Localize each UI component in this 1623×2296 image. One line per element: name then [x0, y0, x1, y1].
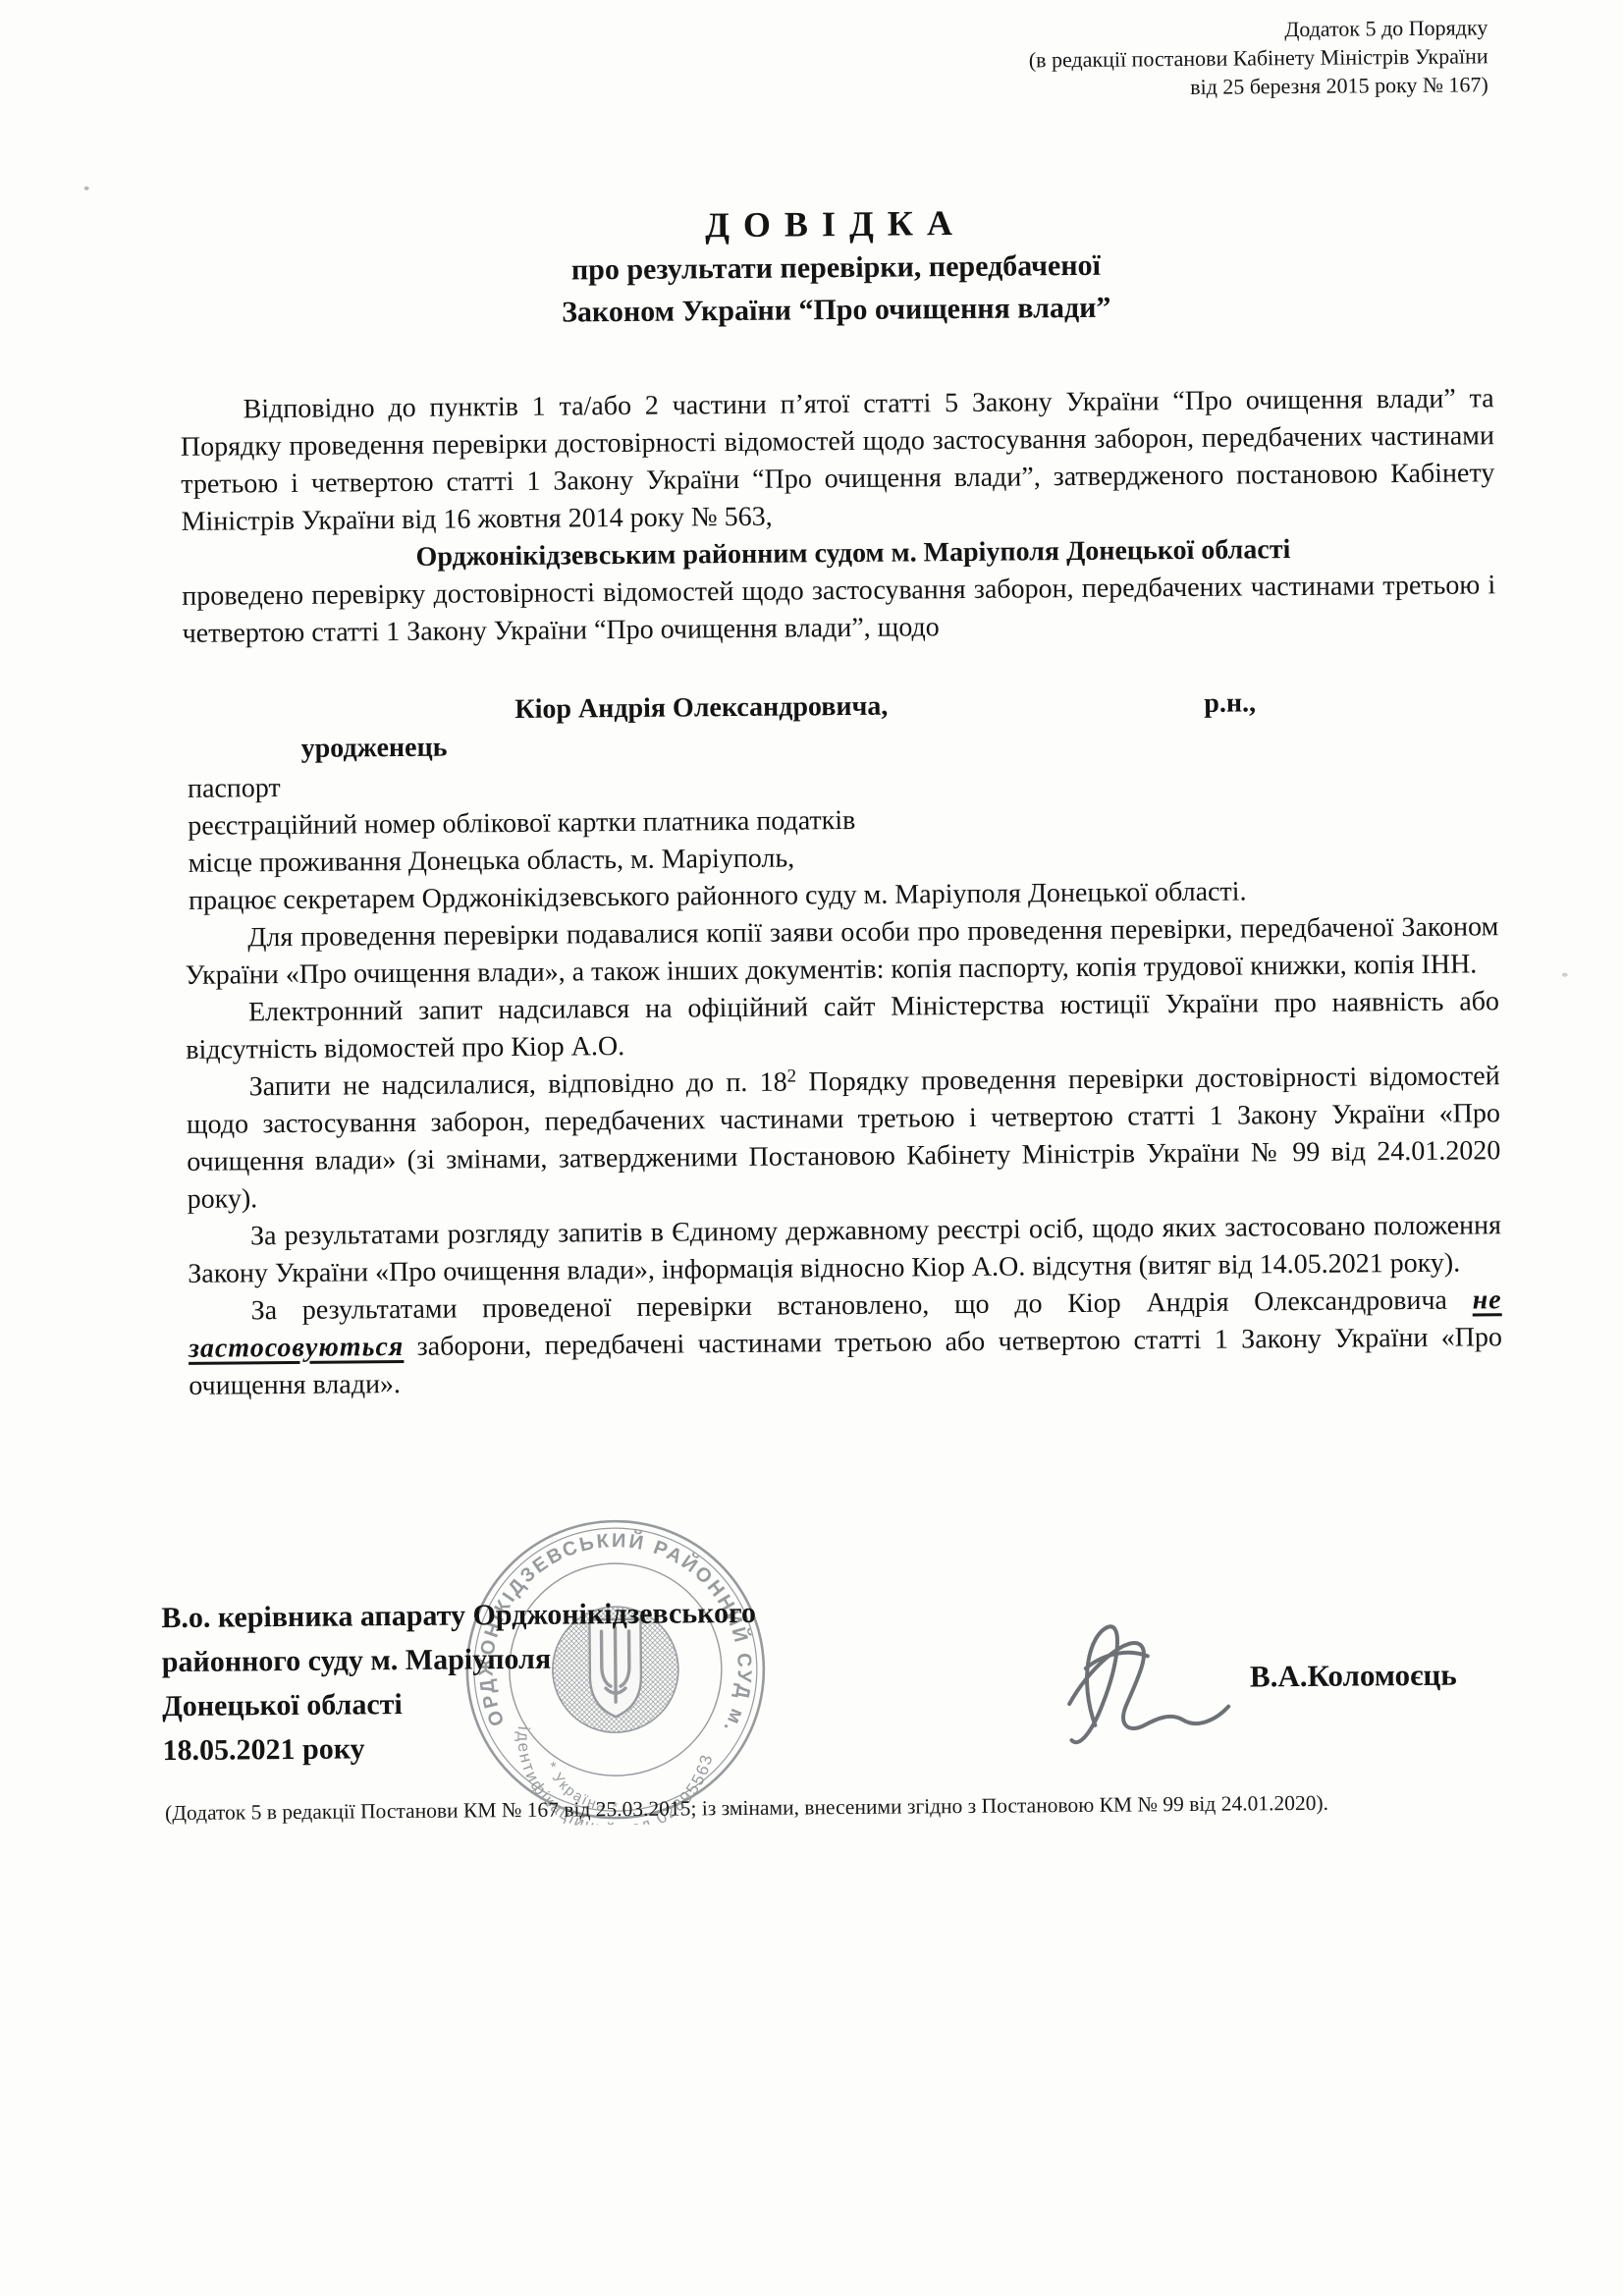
paragraph-documents: Для проведення перевірки подавалися копі…: [185, 908, 1499, 995]
signer-name: В.А.Коломоєць: [1250, 1658, 1457, 1695]
paragraph-request: Електронний запит надсилався на офіційни…: [186, 983, 1500, 1069]
signature-title-line-1: В.о. керівника апарату Орджонікідзевсько…: [161, 1590, 907, 1641]
paragraph-intro-continuation: проведено перевірку достовірності відомо…: [182, 567, 1496, 653]
scan-speck: [1562, 973, 1568, 977]
person-name: Кіор Андрія Олександровича,: [514, 691, 888, 725]
paragraph-conclusion: За результатами проведеної перевірки вст…: [188, 1282, 1502, 1405]
paragraph-intro: Відповідно до пунктів 1 та/або 2 частини…: [180, 380, 1494, 541]
signature-title-line-3: Донецької області: [162, 1678, 908, 1729]
footnote: (Додаток 5 в редакції Постанови КМ № 167…: [165, 1788, 1540, 1826]
signature-block: В.о. керівника апарату Орджонікідзевсько…: [161, 1590, 909, 1774]
annex-line-3: від 25 березня 2015 року № 167): [742, 70, 1488, 105]
signature-title-line-2: районного суду м. Маріуполя: [162, 1634, 908, 1685]
no-requests-pre: Запити не надсилалися, відповідно до п. …: [249, 1067, 787, 1103]
document-body: Відповідно до пунктів 1 та/або 2 частини…: [180, 380, 1502, 1405]
scan-speck: [84, 187, 89, 191]
signature-date-line: 18.05.2021 року: [162, 1722, 908, 1774]
signature-graphic: [1033, 1608, 1250, 1767]
paragraph-no-requests: Запити не надсилалися, відповідно до п. …: [187, 1058, 1501, 1219]
conclusion-pre: За результатами проведеної перевірки вст…: [251, 1285, 1473, 1326]
handwritten-signature: [1033, 1608, 1250, 1767]
scanned-document-page: Додаток 5 до Порядку (в редакції постано…: [0, 0, 1623, 2296]
paragraph-registry: За результатами розгляду запитів в Єдино…: [188, 1207, 1502, 1293]
birth-record-suffix: р.н.,: [1204, 684, 1256, 722]
document-content: Додаток 5 до Порядку (в редакції постано…: [0, 0, 1623, 2296]
title-block: ДОВІДКА про результати перевірки, передб…: [179, 195, 1493, 337]
annex-header: Додаток 5 до Порядку (в редакції постано…: [741, 13, 1488, 105]
